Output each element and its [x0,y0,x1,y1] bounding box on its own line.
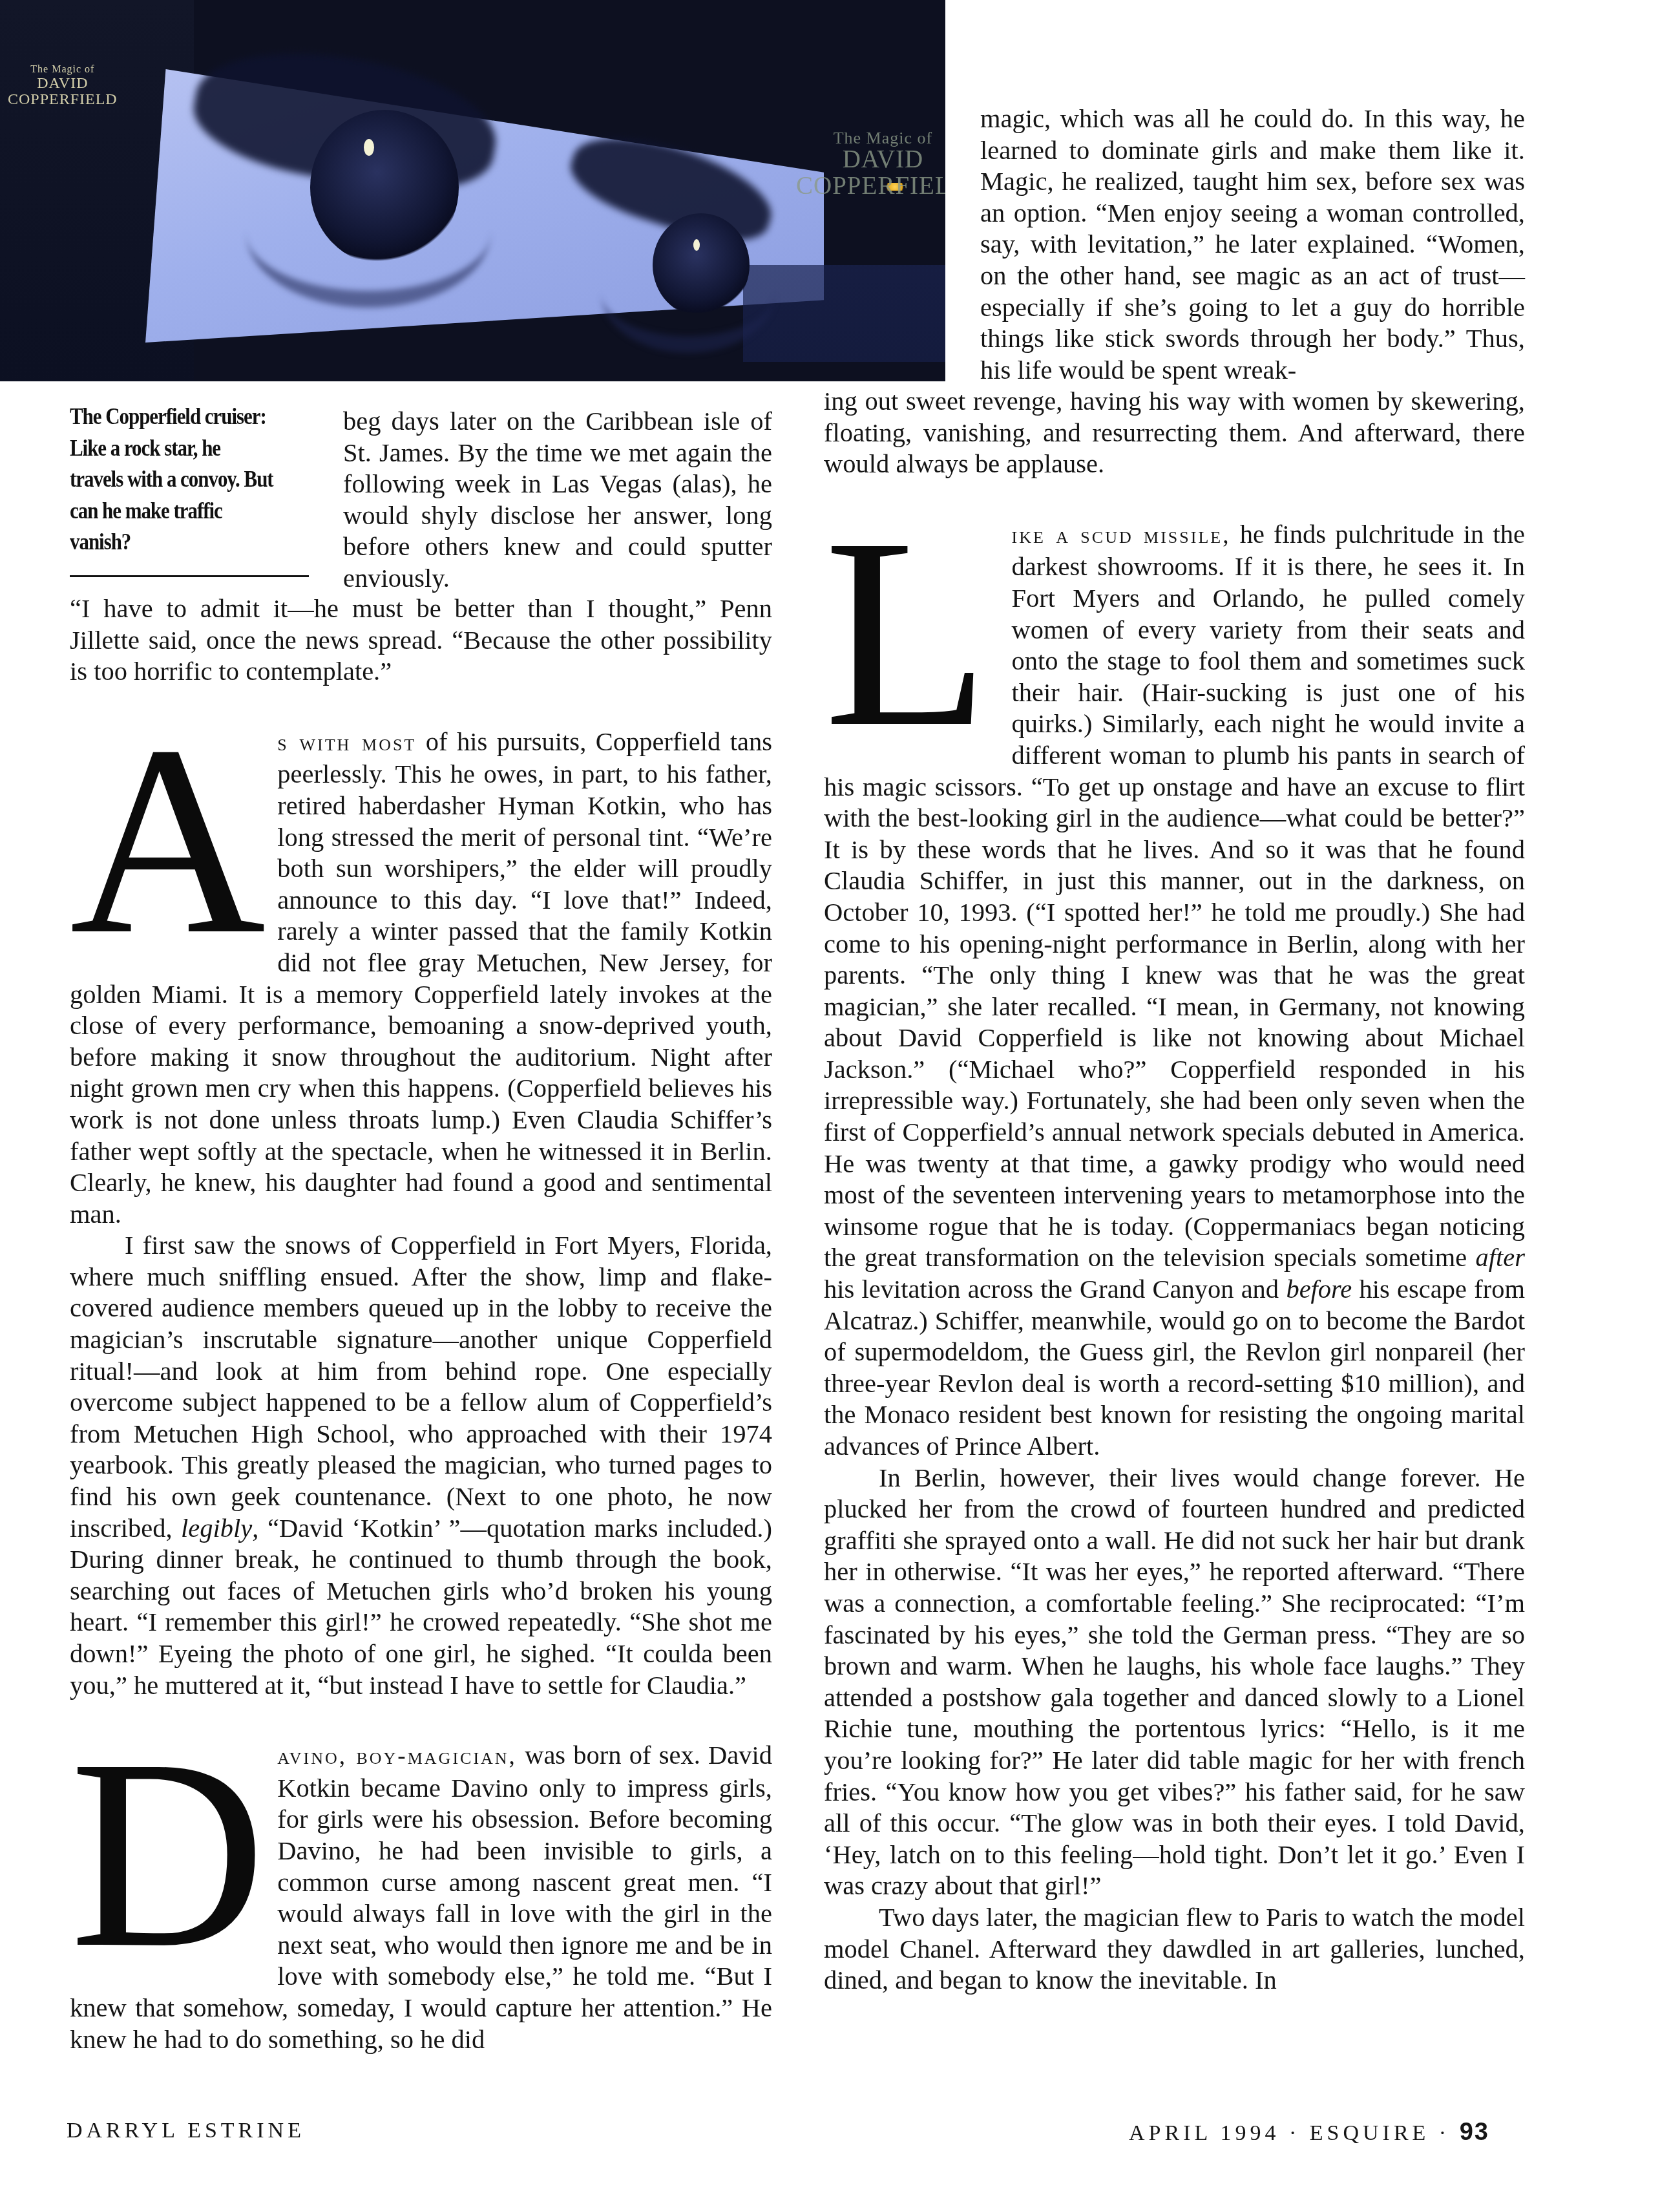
lead-in: ike a scud missile, [1012,522,1231,549]
section-a-paragraph: As with most of his pursuits, Copperfiel… [70,726,772,1231]
lead-in: avino, boy-magician, [277,1743,517,1770]
paragraph-continuation: “I have to admit it—he must be better th… [70,593,772,688]
drop-cap-d: D [70,1745,266,1962]
italic-word: after [1476,1243,1526,1272]
column1-main: “I have to admit it—he must be better th… [70,593,772,2055]
caption-rule [70,575,309,577]
sign-text-left: The Magic of DAVID COPPERFIELD [8,65,118,108]
paragraph: beg days later on the Caribbean isle of … [343,406,772,595]
paragraph: Two days later, the magician flew to Par… [824,1902,1525,1996]
lead-in: s with most [277,730,416,756]
sign-line: DAVID [796,147,945,173]
paragraph-text: I first saw the snows of Copperfield in … [70,1231,772,1542]
sign-line: DAVID [8,76,118,92]
issue-line: APRIL 1994 · ESQUIRE · [1129,2121,1450,2145]
eye-left [310,110,459,265]
section-d-paragraph: Davino, boy-magician, was born of sex. D… [70,1740,772,2055]
sign-line: COPPERFIELD [8,92,118,108]
photo-billboard-eyes: The Magic of DAVID COPPERFIELD The Magic… [0,0,945,381]
sign-line: The Magic of [8,65,118,76]
paragraph-continuation: ing out sweet revenge, having his way wi… [824,386,1525,480]
sign-line: COPPERFIELD [796,173,945,200]
photo-credit: DARRYL ESTRINE [67,2119,305,2143]
page-number: 93 [1460,2119,1489,2146]
sign-text-right: The Magic of DAVID COPPERFIELD [796,129,945,200]
italic-word: legibly [181,1514,252,1543]
column2-main: ing out sweet revenge, having his way wi… [824,386,1525,1996]
section-l-paragraph: Like a scud missile, he finds pulchritud… [824,519,1525,1463]
eye-right [653,213,750,317]
eye-glint-right [693,239,700,251]
paragraph: magic, which was all he could do. In thi… [980,103,1525,386]
folio: APRIL 1994 · ESQUIRE · 93 [1129,2119,1489,2146]
column1-top-text: beg days later on the Caribbean isle of … [343,406,772,595]
italic-word: before [1286,1275,1352,1304]
sign-line: The Magic of [796,129,945,147]
drop-cap-l: L [824,524,990,741]
paragraph: In Berlin, however, their lives would ch… [824,1463,1525,1902]
photo-caption: The Copperfield cruiser: Like a rock sta… [70,401,277,558]
column2-top-text: magic, which was all he could do. In thi… [980,103,1525,386]
eye-glint-left [364,139,374,156]
paragraph: I first saw the snows of Copperfield in … [70,1230,772,1701]
drop-cap-a: A [70,732,266,949]
paragraph-text: his levitation across the Grand Canyon a… [824,1275,1286,1304]
